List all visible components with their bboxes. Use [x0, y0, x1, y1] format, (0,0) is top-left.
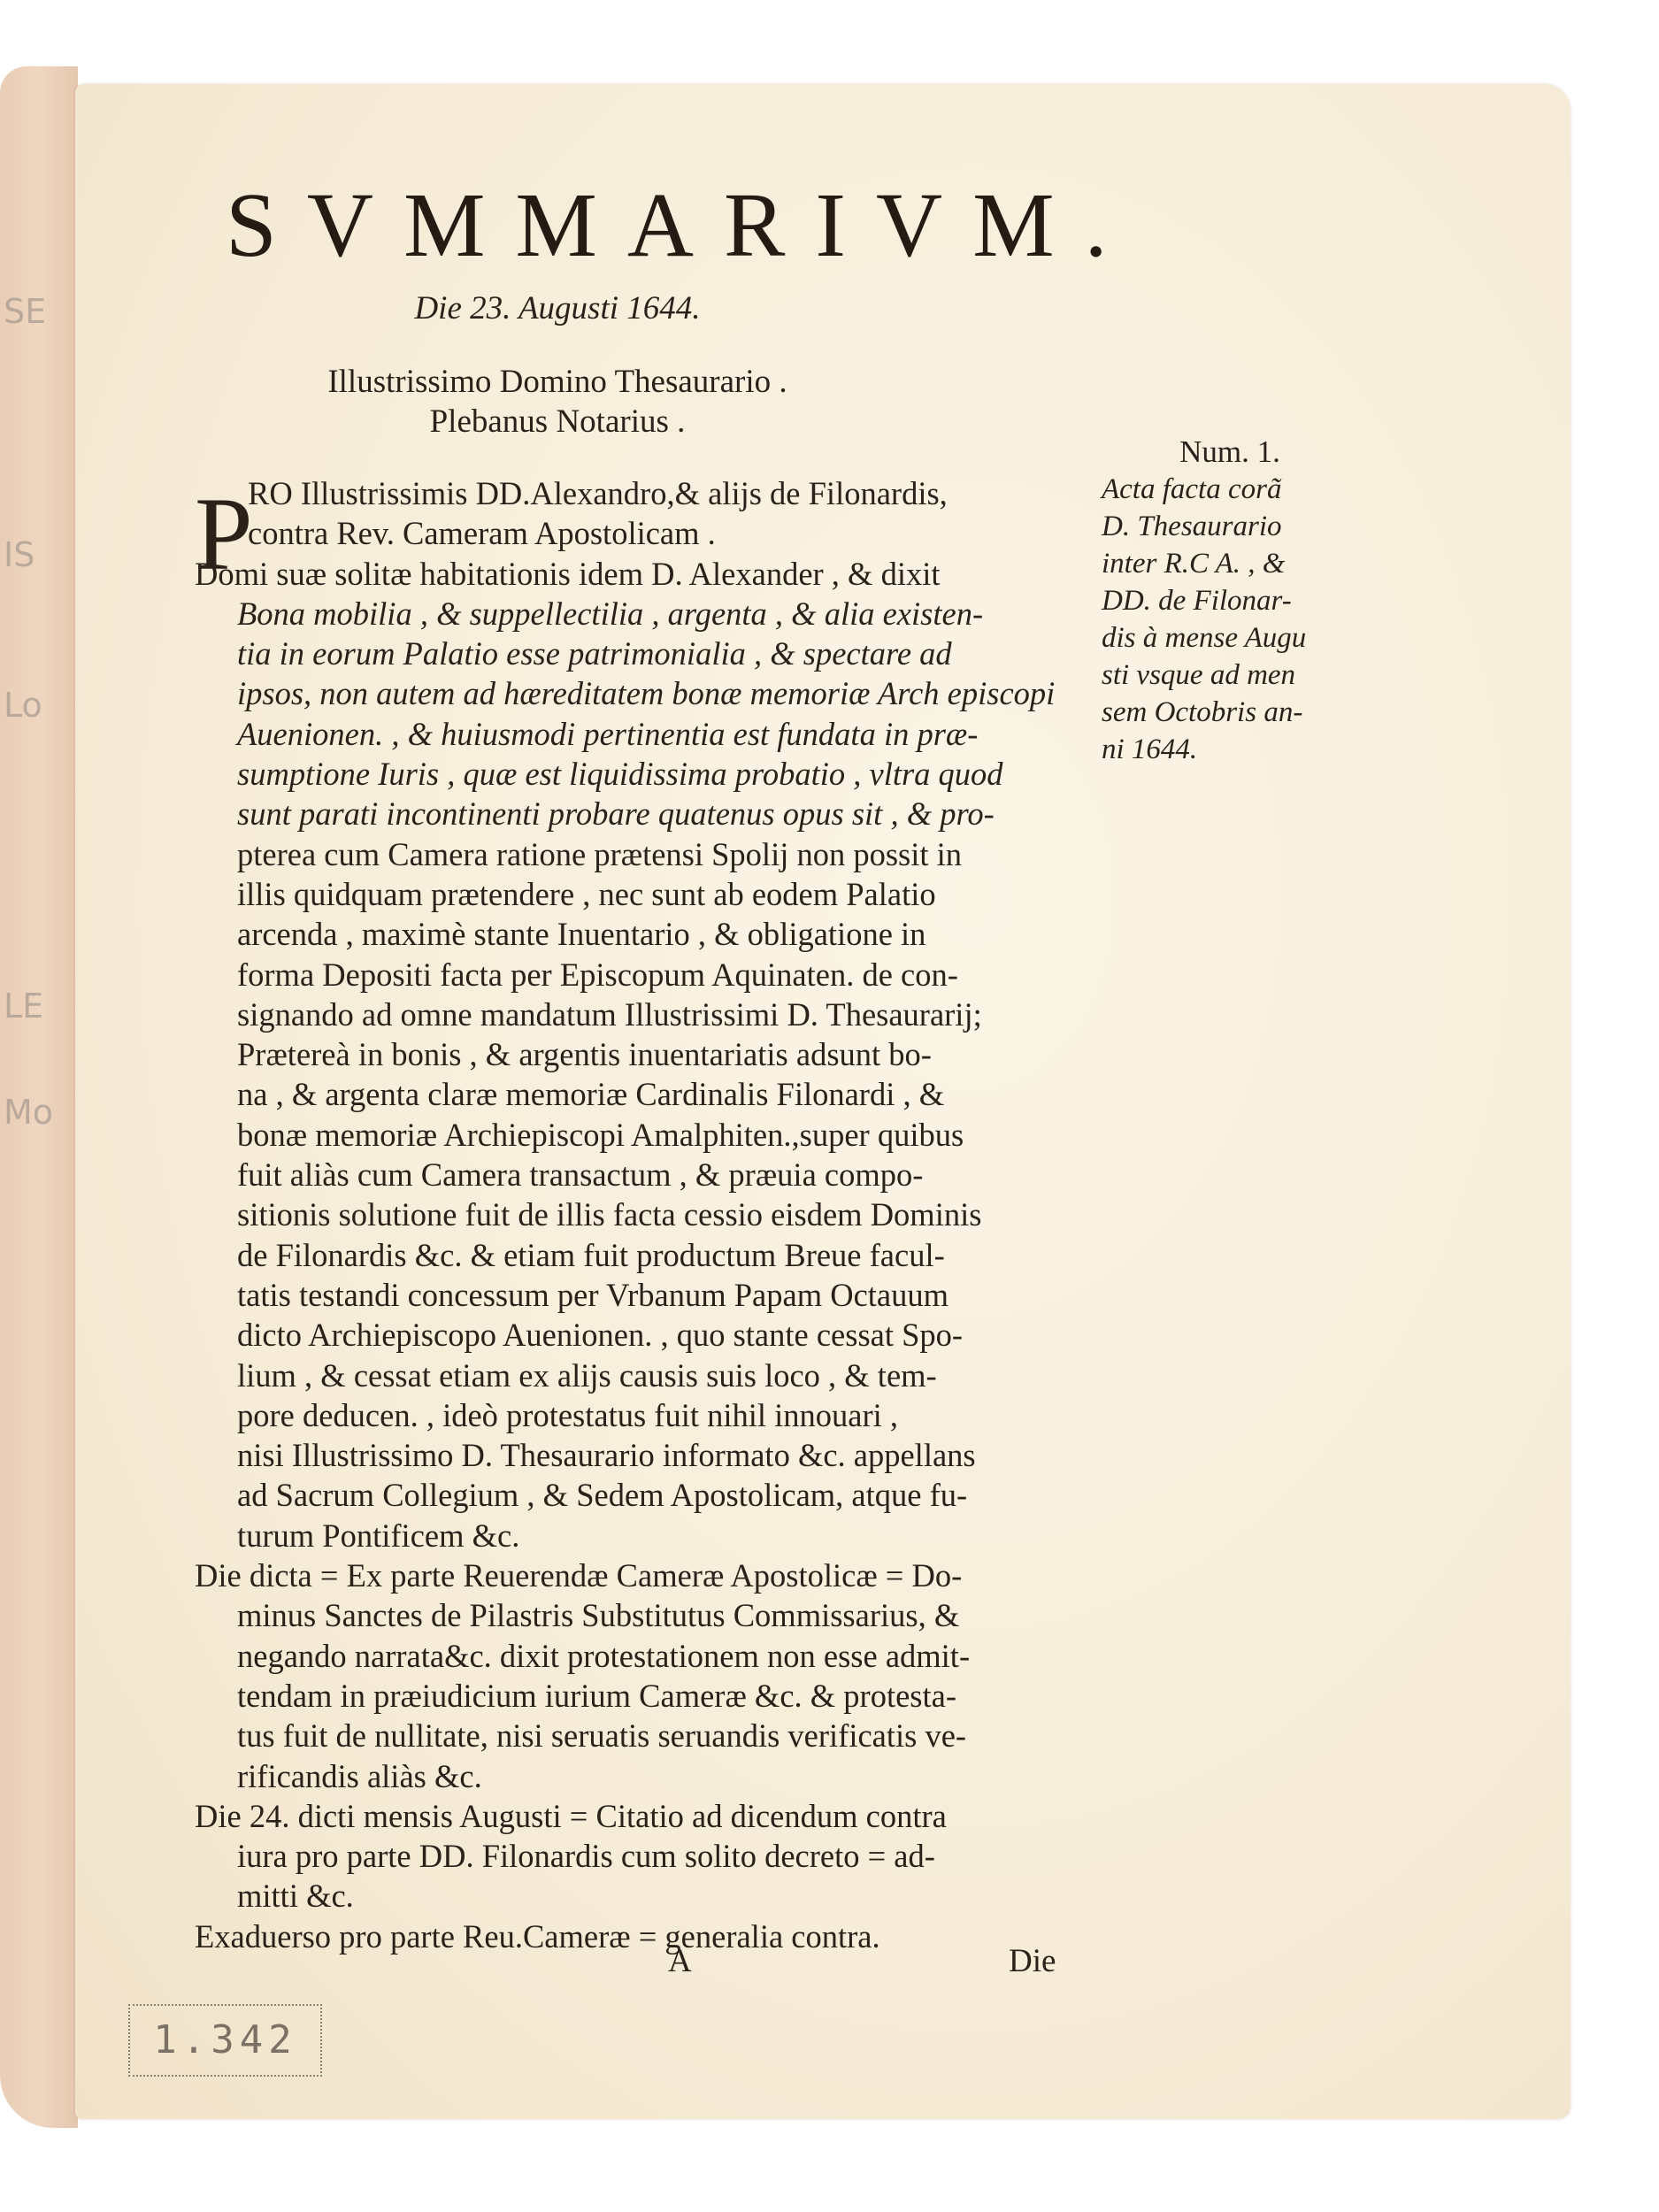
text-line: lium , & cessat etiam ex alijs causis su… — [195, 1356, 1097, 1395]
text-line: tia in eorum Palatio esse patrimonialia … — [195, 634, 1097, 673]
page-title: SVMMARIVM. — [226, 173, 1138, 278]
margin-note-number: Num. 1. — [1084, 434, 1376, 471]
library-stamp: 1.342 — [128, 2004, 322, 2077]
text-line: tatis testandi concessum per Vrbanum Pap… — [195, 1275, 1097, 1315]
margin-note-line: dis à mense Augu — [1084, 619, 1376, 657]
text-line: Die 24. dicti mensis Augusti = Citatio a… — [195, 1796, 1097, 1836]
text-line: rificandis aliàs &c. — [195, 1756, 1097, 1796]
text-line: tendam in præiudicium iurium Cameræ &c. … — [195, 1676, 1097, 1716]
document-date: Die 23. Augusti 1644. — [0, 289, 1115, 327]
text-line: signando ad omne mandatum Illustrissimi … — [195, 995, 1097, 1034]
margin-note-line: inter R.C A. , & — [1084, 545, 1376, 582]
text-line: pore deducen. , ideò protestatus fuit ni… — [195, 1395, 1097, 1435]
margin-note-line: sem Octobris an- — [1084, 694, 1376, 731]
flap-mark: IS — [4, 535, 35, 574]
text-line: ad Sacrum Collegium , & Sedem Apostolica… — [195, 1475, 1097, 1515]
text-line: Bona mobilia , & suppellectilia , argent… — [195, 594, 1097, 634]
text-line: turum Pontificem &c. — [195, 1516, 1097, 1555]
text-line: forma Depositi facta per Episcopum Aquin… — [195, 955, 1097, 995]
text-line: nisi Illustrissimo D. Thesaurario inform… — [195, 1435, 1097, 1475]
margin-note-line: ni 1644. — [1084, 731, 1376, 768]
text-line: arcenda , maximè stante Inuentario , & o… — [195, 914, 1097, 954]
text-line: dicto Archiepiscopo Auenionen. , quo sta… — [195, 1315, 1097, 1355]
text-line: iura pro parte DD. Filonardis cum solito… — [195, 1836, 1097, 1876]
text-line: illis quidquam prætendere , nec sunt ab … — [195, 874, 1097, 914]
text-line: bonæ memoriæ Archiepiscopi Amalphiten.,s… — [195, 1115, 1097, 1155]
signature-mark: A — [668, 1942, 692, 1980]
text-line: Exaduerso pro parte Reu.Cameræ = general… — [195, 1916, 1097, 1956]
margin-note-line: sti vsque ad men — [1084, 657, 1376, 694]
margin-note-line: D. Thesaurario — [1084, 508, 1376, 545]
text-line: de Filonardis &c. & etiam fuit productum… — [195, 1235, 1097, 1275]
text-line: pterea cum Camera ratione prætensi Spoli… — [195, 834, 1097, 874]
text-line: tus fuit de nullitate, nisi seruatis ser… — [195, 1716, 1097, 1755]
text-line: negando narrata&c. dixit protestationem … — [195, 1636, 1097, 1676]
catchword: Die — [1009, 1942, 1056, 1980]
text-line: ipsos, non autem ad hæreditatem bonæ mem… — [195, 673, 1097, 713]
text-line: RO Illustrissimis DD.Alexandro,& alijs d… — [195, 473, 1097, 513]
text-line: Domi suæ solitæ habitationis idem D. Ale… — [195, 554, 1097, 594]
text-line: Prætereà in bonis , & argentis inuentari… — [195, 1034, 1097, 1074]
text-line: sumptione Iuris , quæ est liquidissima p… — [195, 754, 1097, 794]
notary-line: Plebanus Notarius . — [0, 403, 1115, 441]
text-line: Die dicta = Ex parte Reuerendæ Cameræ Ap… — [195, 1555, 1097, 1595]
margin-note-line: DD. de Filonar- — [1084, 582, 1376, 619]
text-line: na , & argenta claræ memoriæ Cardinalis … — [195, 1074, 1097, 1114]
text-line: contra Rev. Cameram Apostolicam . — [195, 513, 1097, 553]
flap-mark: Mo — [4, 1093, 53, 1132]
text-line: fuit aliàs cum Camera transactum , & præ… — [195, 1155, 1097, 1194]
margin-note-line: Acta facta corã — [1084, 471, 1376, 508]
text-line: sitionis solutione fuit de illis facta c… — [195, 1194, 1097, 1234]
text-line: mitti &c. — [195, 1876, 1097, 1916]
flap-mark: Lo — [4, 686, 42, 725]
body-text: RO Illustrissimis DD.Alexandro,& alijs d… — [195, 473, 1097, 1956]
addressee-line: Illustrissimo Domino Thesaurario . — [0, 363, 1115, 401]
margin-note: Num. 1. Acta facta corã D. Thesaurario i… — [1084, 434, 1376, 768]
text-line: minus Sanctes de Pilastris Substitutus C… — [195, 1595, 1097, 1635]
text-line: Auenionen. , & huiusmodi pertinentia est… — [195, 714, 1097, 754]
text-line: sunt parati incontinenti probare quatenu… — [195, 794, 1097, 833]
flap-mark: LE — [4, 987, 43, 1025]
